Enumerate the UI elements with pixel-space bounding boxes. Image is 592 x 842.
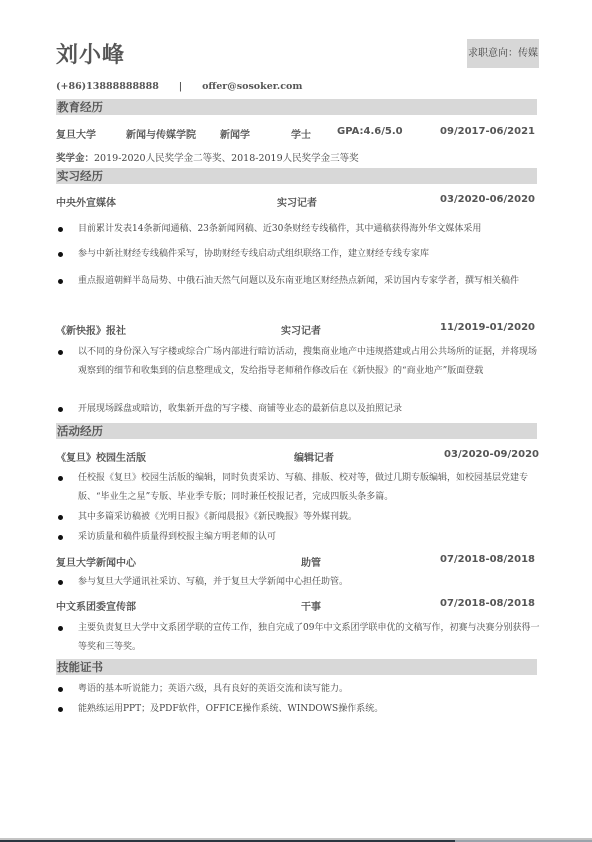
scholarship-text: 2019-2020人民奖学金二等奖、2018-2019人民奖学金三等奖 <box>94 153 359 164</box>
period: 07/2018-08/2018 <box>440 554 535 565</box>
school: 复旦大学 <box>56 126 96 141</box>
section-title-internship: 实习经历 <box>57 168 103 184</box>
bullet-icon <box>58 707 63 712</box>
section-title-education: 教育经历 <box>57 99 103 115</box>
period: 03/2020-09/2020 <box>444 449 539 460</box>
bullet-icon <box>58 626 63 631</box>
org: 复旦大学新闻中心 <box>56 554 136 569</box>
internship-entry-header: 《新快报》报社 实习记者 11/2019-01/2020 <box>56 322 537 336</box>
bullet-icon <box>58 252 63 257</box>
internship-entry-header: 中央外宣媒体 实习记者 03/2020-06/2020 <box>56 194 537 208</box>
section-activities: 活动经历 <box>56 423 537 439</box>
major: 新闻学 <box>220 126 250 141</box>
section-title-skills: 技能证书 <box>57 659 103 675</box>
contact-line: (+86)13888888888 | offer@sosoker.com <box>56 81 302 92</box>
bullet-icon <box>58 279 63 284</box>
section-skills: 技能证书 <box>56 659 537 675</box>
bullet-icon <box>58 515 63 520</box>
bullet-icon <box>58 350 63 355</box>
role: 实习记者 <box>277 194 317 209</box>
org: 《复旦》校园生活版 <box>56 449 146 464</box>
education-row: 复旦大学 新闻与传媒学院 新闻学 学士 GPA:4.6/5.0 09/2017-… <box>56 126 537 140</box>
email: offer@sosoker.com <box>202 81 302 92</box>
section-title-activities: 活动经历 <box>57 423 103 439</box>
education-period: 09/2017-06/2021 <box>440 126 535 137</box>
bullet-icon <box>58 227 63 232</box>
period: 11/2019-01/2020 <box>440 322 535 333</box>
page-bottom-edge <box>0 838 592 842</box>
activity-entry-header: 中文系团委宣传部 干事 07/2018-08/2018 <box>56 598 537 612</box>
gpa: GPA:4.6/5.0 <box>337 126 403 137</box>
section-education: 教育经历 <box>56 99 537 115</box>
bullet-icon <box>58 407 63 412</box>
role: 助管 <box>301 554 321 569</box>
role: 实习记者 <box>281 322 321 337</box>
contact-separator: | <box>179 81 182 92</box>
org: 《新快报》报社 <box>56 322 126 337</box>
section-internship: 实习经历 <box>56 168 537 184</box>
phone: (+86)13888888888 <box>56 81 159 92</box>
role: 干事 <box>301 598 321 613</box>
resume-page: 刘小峰 求职意向：传媒 (+86)13888888888 | offer@sos… <box>0 0 592 838</box>
candidate-name: 刘小峰 <box>56 38 125 69</box>
period: 07/2018-08/2018 <box>440 598 535 609</box>
job-intent-badge: 求职意向：传媒 <box>467 39 539 68</box>
scholarship-label: 奖学金： <box>56 153 94 164</box>
org: 中文系团委宣传部 <box>56 598 136 613</box>
activity-entry-header: 《复旦》校园生活版 编辑记者 03/2020-09/2020 <box>56 449 537 463</box>
degree: 学士 <box>291 126 311 141</box>
period: 03/2020-06/2020 <box>440 194 535 205</box>
college: 新闻与传媒学院 <box>126 126 196 141</box>
role: 编辑记者 <box>294 449 334 464</box>
bullet-icon <box>58 687 63 692</box>
bullet-icon <box>58 535 63 540</box>
activity-entry-header: 复旦大学新闻中心 助管 07/2018-08/2018 <box>56 554 537 568</box>
scholarship: 奖学金：2019-2020人民奖学金二等奖、2018-2019人民奖学金三等奖 <box>56 150 359 164</box>
bullet-icon <box>58 476 63 481</box>
org: 中央外宣媒体 <box>56 194 116 209</box>
bullet-icon <box>58 580 63 585</box>
